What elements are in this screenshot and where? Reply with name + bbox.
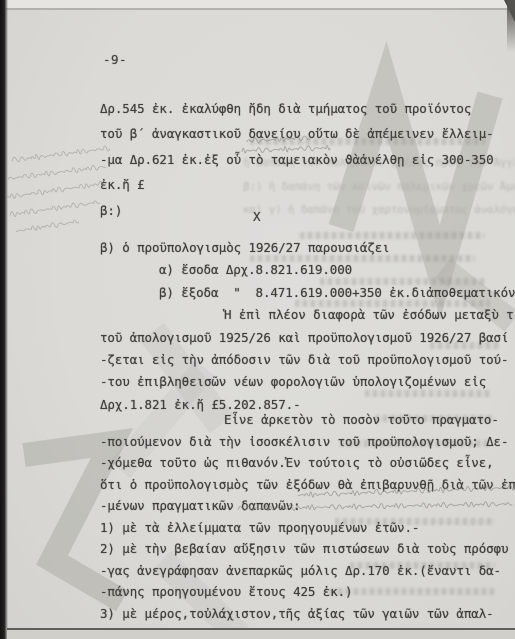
scanned-document-page: ἡ δαπάνη τοῦ πολεμικοῦ χρέους πρὸς τὴν Ἀ… [0, 0, 515, 639]
typed-line: -γας ἀνεγράφησαν ἀνεπαρκῶς μόλις Δρ.170 … [100, 560, 515, 582]
typed-line: -του ἐπιβληθεισῶν νέων φορολογιῶν ὑπολογ… [100, 371, 515, 393]
typed-line: β) ὁ προϋπολογισμὸς 1926/27 παρουσιάζει [100, 237, 515, 259]
typed-line: β) ἔξοδα " 8.471.619.000+350 ἐκ.διἀποθεμ… [100, 282, 515, 304]
scan-edge-right [507, 0, 515, 52]
page-number: -9- [103, 52, 127, 67]
typed-line: τοῦ ἀπολογισμοῦ 1925/26 καὶ προϋπολογισμ… [100, 327, 515, 349]
typed-line: -πάνης προηγουμένου ἔτους 425 ἐκ.) [100, 581, 515, 603]
typed-line: Δρ.545 ἐκ. ἐκαλύφθη ἤδη διὰ τμήματος τοῦ… [100, 96, 494, 121]
typed-line: Ἡ ἐπὶ πλέον διαφορὰ τῶν ἐσόδων μεταξὺ τ [100, 304, 515, 326]
typed-line: 2) μὲ τὴν βεβαίαν αὔξησιν τῶν πιστώσεων … [100, 538, 515, 560]
scan-edge-left [0, 0, 8, 639]
scan-edge-top [0, 0, 515, 8]
typed-line: -ποιούμενον διὰ τὴν ἰσοσκέλισιν τοῦ προϋ… [100, 431, 515, 453]
typed-line: -ζεται εἰς τὴν ἀπόδοσιν τῶν διὰ τοῦ προϋ… [100, 349, 515, 371]
typed-line: Εἶνε ἀρκετὸν τὸ ποσὸν τοῦτο πραγματο- [100, 409, 515, 431]
typed-line: α) ἔσοδα Δρχ.8.821.619.000 [100, 259, 515, 281]
typed-paragraph-budget-1926-27: β) ὁ προϋπολογισμὸς 1926/27 παρουσιάζεια… [100, 237, 515, 416]
typed-line: 1) μὲ τὰ ἐλλείμματα τῶν προηγουμένων ἐτῶ… [100, 517, 515, 539]
scan-edge-bottom [7, 630, 515, 639]
typed-paragraph-deficit: Δρ.545 ἐκ. ἐκαλύφθη ἤδη διὰ τμήματος τοῦ… [100, 96, 494, 223]
page-top-crease [6, 8, 515, 10]
typed-line: 3) μὲ μέρος,τοὐλάχιστον,τῆς ἀξίας τῶν γα… [100, 603, 515, 625]
typed-line: ἐκ.ἤ £ [100, 172, 494, 197]
typed-line: -χόμεθα τοῦτο ὡς πιθανόν.Ἐν τούτοις τὸ ο… [100, 452, 515, 474]
typed-line: β:)X [100, 198, 494, 223]
section-divider-x: X [253, 204, 260, 229]
handwritten-interlinear-note [242, 141, 331, 160]
